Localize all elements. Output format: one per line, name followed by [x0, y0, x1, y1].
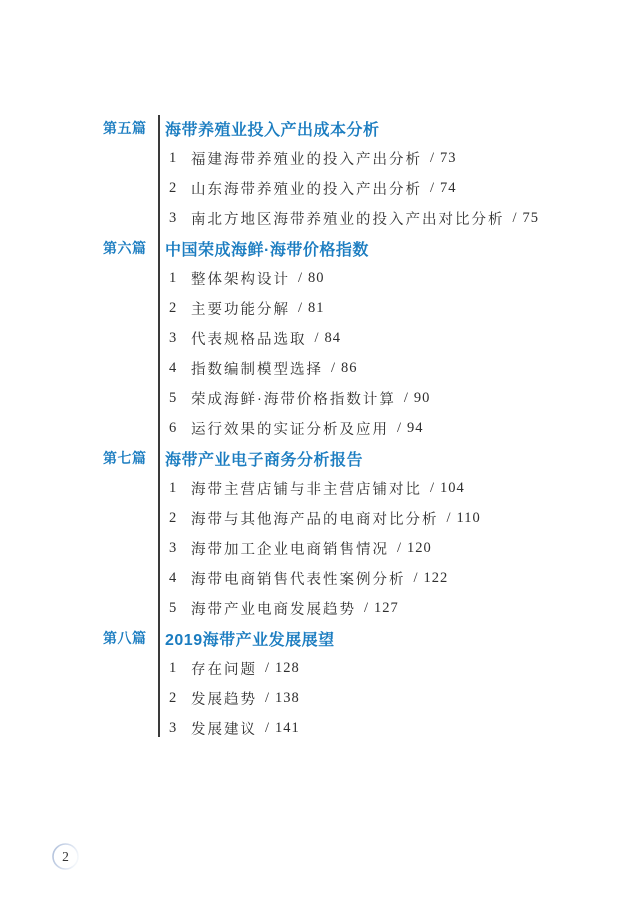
entry-number: 3 [169, 210, 191, 227]
entry-number: 1 [169, 270, 191, 287]
entry-page-number: 128 [275, 660, 300, 677]
entry-number: 1 [169, 480, 191, 497]
entry-page-number: 110 [457, 510, 481, 527]
entry-page-number: 74 [440, 180, 457, 197]
page-number: 2 [52, 843, 79, 870]
entry-separator: / [414, 570, 418, 587]
section-label: 第五篇 [103, 118, 165, 138]
entry-page-number: 104 [440, 480, 465, 497]
entry-number: 5 [169, 390, 191, 407]
entry-separator: / [298, 300, 302, 317]
entry-separator: / [397, 420, 401, 437]
toc-entry: 2 发展趋势 / 138 [0, 683, 618, 713]
entry-page-number: 141 [275, 720, 300, 737]
entry-number: 2 [169, 300, 191, 317]
toc-section-heading: 第六篇 中国荣成海鲜·海带价格指数 [0, 233, 618, 263]
entry-title: 代表规格品选取 [191, 328, 307, 349]
entry-page-number: 81 [308, 300, 325, 317]
toc-entry: 2 海带与其他海产品的电商对比分析 / 110 [0, 503, 618, 533]
entry-number: 4 [169, 360, 191, 377]
entry-title: 荣成海鲜·海带价格指数计算 [191, 388, 396, 409]
toc-entry: 4 指数编制模型选择 / 86 [0, 353, 618, 383]
entry-title: 海带加工企业电商销售情况 [191, 538, 389, 559]
entry-title: 福建海带养殖业的投入产出分析 [191, 148, 422, 169]
toc-entry: 3 代表规格品选取 / 84 [0, 323, 618, 353]
entry-separator: / [430, 150, 434, 167]
entry-page-number: 90 [414, 390, 431, 407]
toc-entry: 1 海带主营店铺与非主营店铺对比 / 104 [0, 473, 618, 503]
entry-title: 指数编制模型选择 [191, 358, 323, 379]
toc-section-heading: 第七篇 海带产业电子商务分析报告 [0, 443, 618, 473]
toc-entry: 1 福建海带养殖业的投入产出分析 / 73 [0, 143, 618, 173]
entry-separator: / [513, 210, 517, 227]
entry-title: 海带与其他海产品的电商对比分析 [191, 508, 439, 529]
entry-title: 主要功能分解 [191, 298, 290, 319]
entry-title: 南北方地区海带养殖业的投入产出对比分析 [191, 208, 505, 229]
entry-number: 3 [169, 330, 191, 347]
toc-entry: 1 整体架构设计 / 80 [0, 263, 618, 293]
toc-entry: 2 山东海带养殖业的投入产出分析 / 74 [0, 173, 618, 203]
entry-separator: / [430, 480, 434, 497]
entry-page-number: 80 [308, 270, 325, 287]
toc-section-heading: 第八篇 2019海带产业发展展望 [0, 623, 618, 653]
entry-page-number: 127 [374, 600, 399, 617]
entry-separator: / [430, 180, 434, 197]
entry-page-number: 138 [275, 690, 300, 707]
toc-entry: 2 主要功能分解 / 81 [0, 293, 618, 323]
entry-number: 2 [169, 180, 191, 197]
table-of-contents: 第五篇 海带养殖业投入产出成本分析 1 福建海带养殖业的投入产出分析 / 73 … [0, 113, 618, 743]
entry-separator: / [331, 360, 335, 377]
toc-entry: 3 海带加工企业电商销售情况 / 120 [0, 533, 618, 563]
toc-entry: 3 南北方地区海带养殖业的投入产出对比分析 / 75 [0, 203, 618, 233]
entry-title: 发展趋势 [191, 688, 257, 709]
entry-separator: / [404, 390, 408, 407]
entry-number: 3 [169, 720, 191, 737]
entry-separator: / [265, 720, 269, 737]
entry-separator: / [397, 540, 401, 557]
entry-page-number: 75 [523, 210, 540, 227]
entry-title: 存在问题 [191, 658, 257, 679]
entry-number: 1 [169, 660, 191, 677]
entry-separator: / [447, 510, 451, 527]
entry-title: 海带电商销售代表性案例分析 [191, 568, 406, 589]
entry-number: 3 [169, 540, 191, 557]
entry-number: 2 [169, 510, 191, 527]
entry-separator: / [315, 330, 319, 347]
section-title: 2019海带产业发展展望 [165, 627, 335, 650]
toc-entry: 5 海带产业电商发展趋势 / 127 [0, 593, 618, 623]
section-label: 第七篇 [103, 448, 165, 468]
entry-separator: / [265, 690, 269, 707]
toc-entry: 5 荣成海鲜·海带价格指数计算 / 90 [0, 383, 618, 413]
entry-number: 5 [169, 600, 191, 617]
toc-entry: 6 运行效果的实证分析及应用 / 94 [0, 413, 618, 443]
section-label: 第八篇 [103, 628, 165, 648]
entry-separator: / [364, 600, 368, 617]
entry-title: 发展建议 [191, 718, 257, 739]
entry-page-number: 86 [341, 360, 358, 377]
entry-title: 整体架构设计 [191, 268, 290, 289]
entry-number: 1 [169, 150, 191, 167]
entry-number: 6 [169, 420, 191, 437]
entry-number: 2 [169, 690, 191, 707]
entry-page-number: 94 [407, 420, 424, 437]
toc-section-heading: 第五篇 海带养殖业投入产出成本分析 [0, 113, 618, 143]
section-title: 海带养殖业投入产出成本分析 [165, 117, 380, 140]
entry-number: 4 [169, 570, 191, 587]
entry-page-number: 84 [325, 330, 342, 347]
toc-entry: 4 海带电商销售代表性案例分析 / 122 [0, 563, 618, 593]
section-title: 中国荣成海鲜·海带价格指数 [165, 237, 369, 260]
entry-page-number: 73 [440, 150, 457, 167]
entry-title: 运行效果的实证分析及应用 [191, 418, 389, 439]
entry-title: 海带主营店铺与非主营店铺对比 [191, 478, 422, 499]
toc-entry: 3 发展建议 / 141 [0, 713, 618, 743]
entry-title: 山东海带养殖业的投入产出分析 [191, 178, 422, 199]
entry-title: 海带产业电商发展趋势 [191, 598, 356, 619]
toc-entry: 1 存在问题 / 128 [0, 653, 618, 683]
entry-page-number: 120 [407, 540, 432, 557]
page-number-badge: 2 [52, 843, 79, 870]
section-label: 第六篇 [103, 238, 165, 258]
section-title: 海带产业电子商务分析报告 [165, 447, 363, 470]
entry-page-number: 122 [424, 570, 449, 587]
entry-separator: / [298, 270, 302, 287]
entry-separator: / [265, 660, 269, 677]
